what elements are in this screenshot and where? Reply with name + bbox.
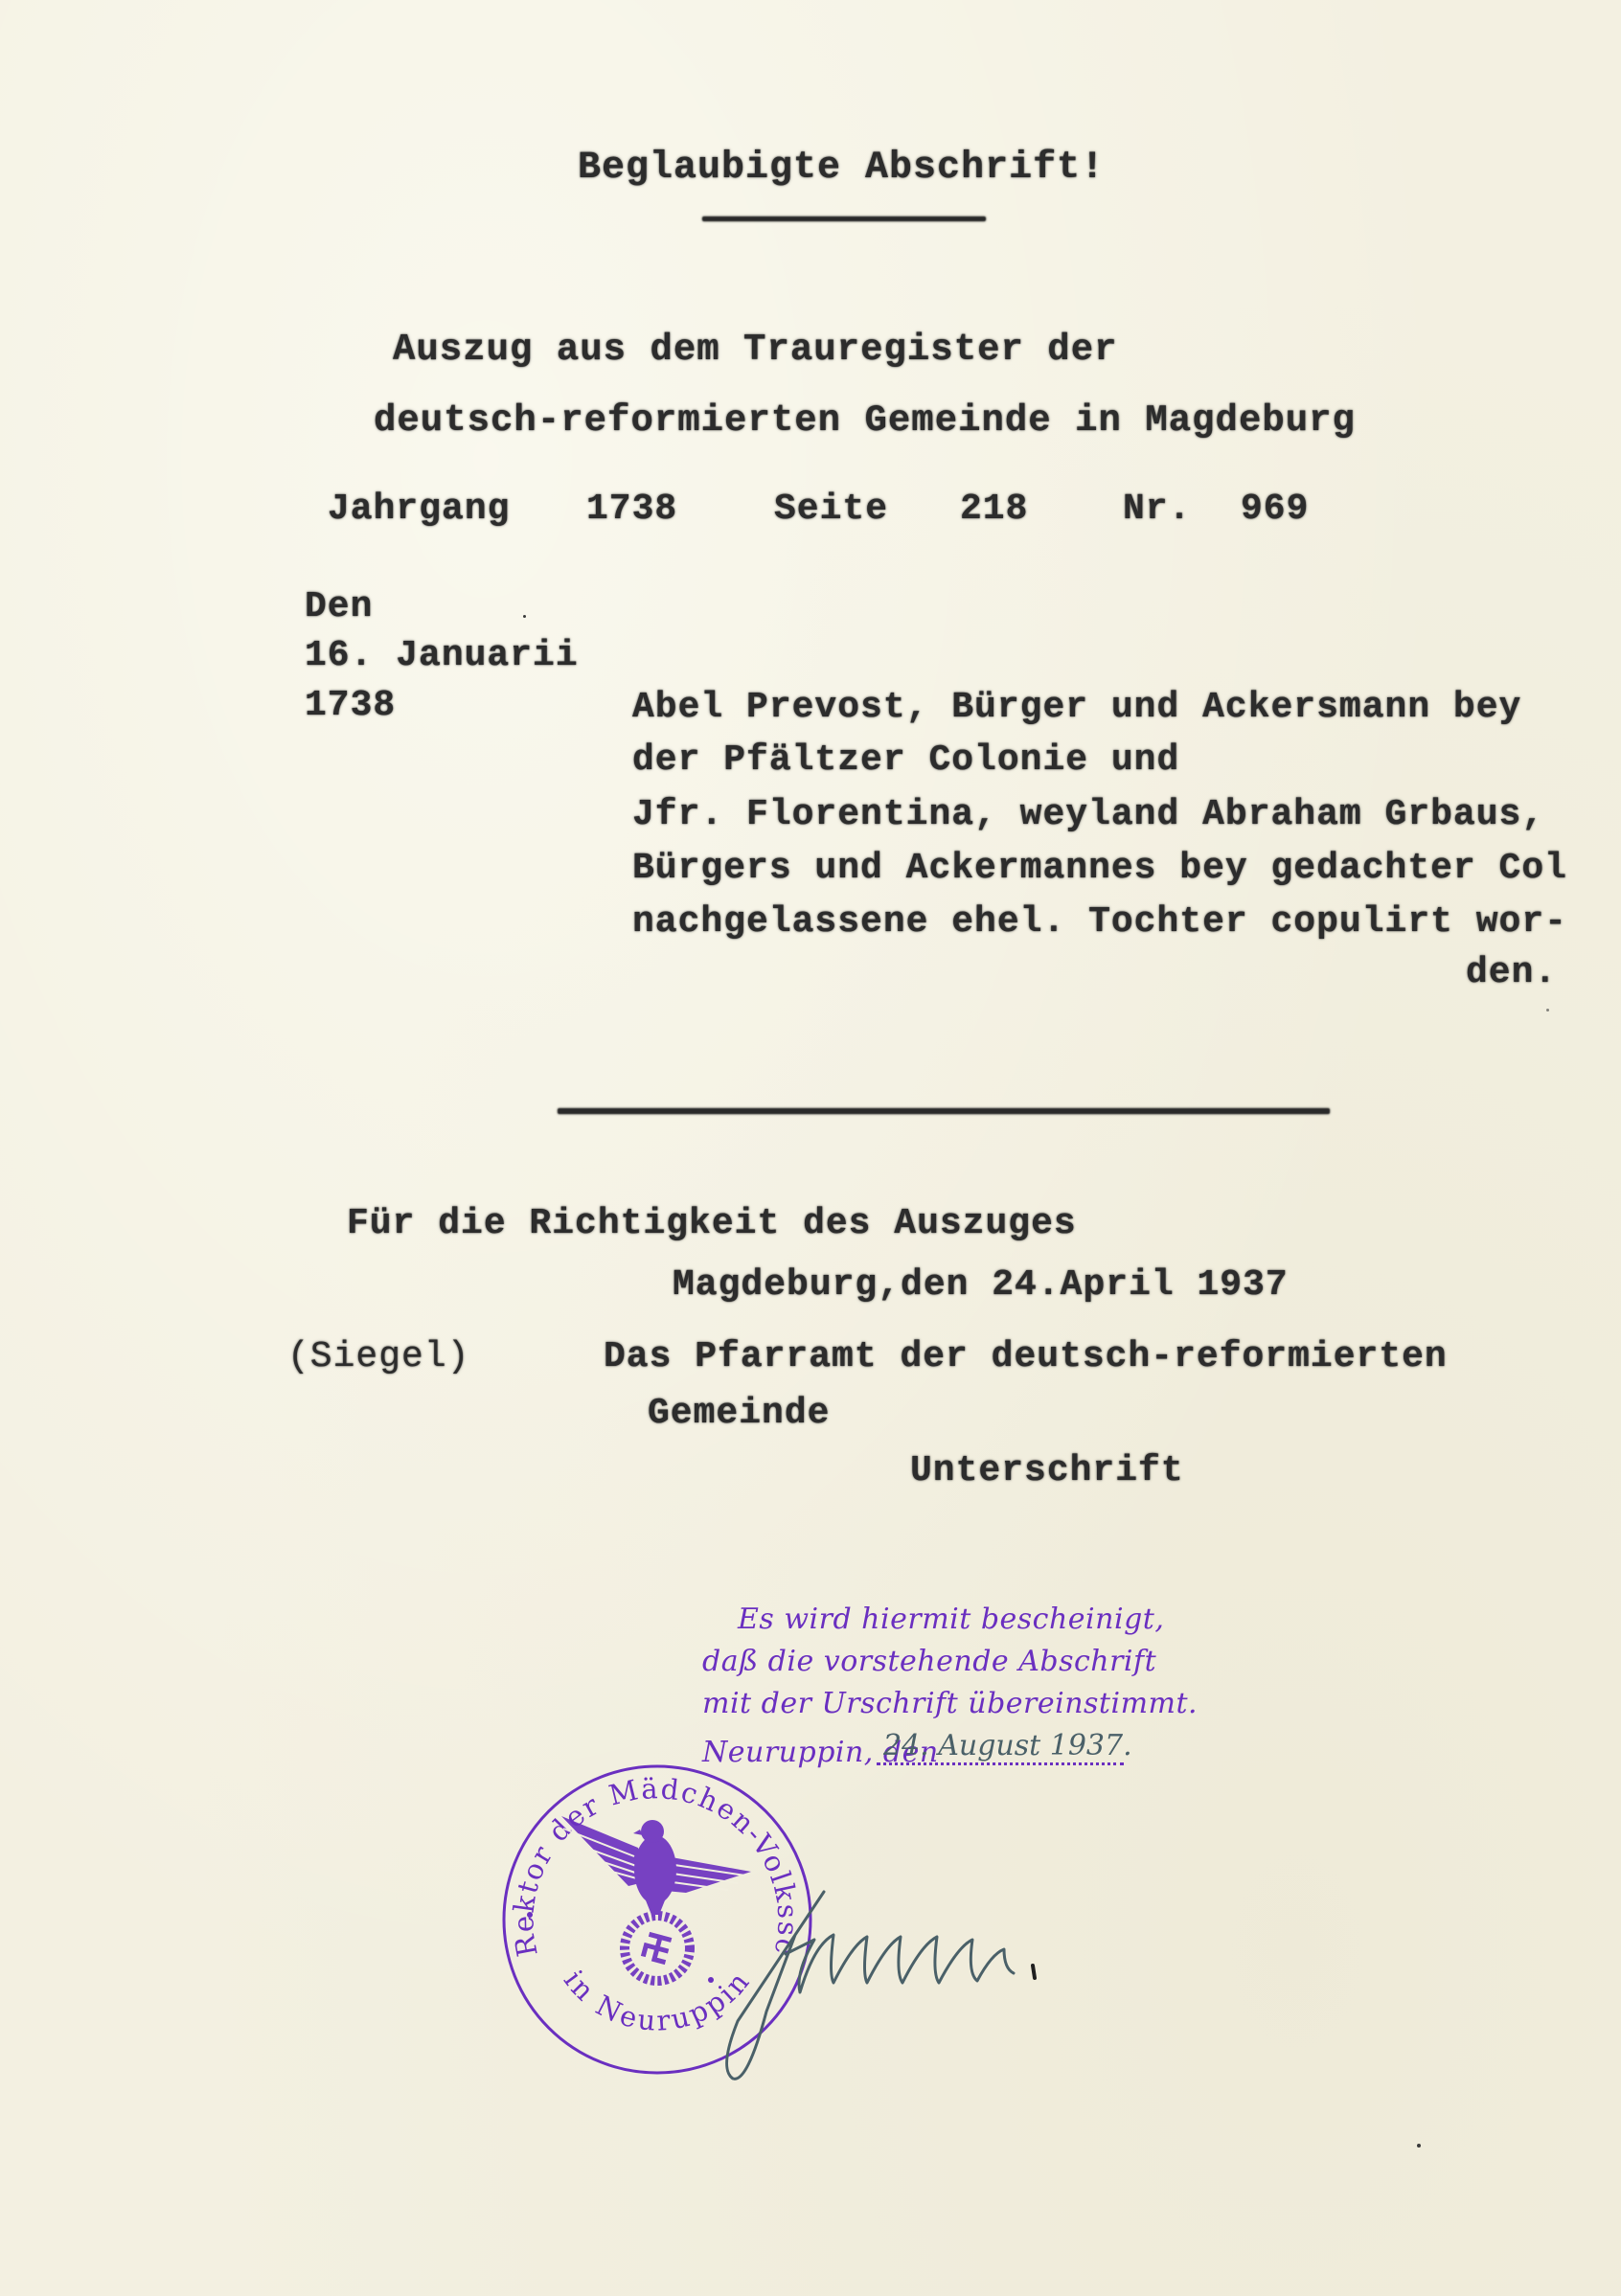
page-label: Seite <box>774 491 888 528</box>
heading-underline <box>702 216 986 221</box>
office-line1: Das Pfarramt der deutsch-reformierten <box>604 1339 1448 1375</box>
entry-line: Jfr. Florentina, weyland Abraham Grbaus, <box>632 797 1544 833</box>
seal-note: (Siegel) <box>287 1339 469 1375</box>
entry-date-line3: 1738 <box>305 688 396 724</box>
paper-speck <box>523 615 526 618</box>
entry-line: nachgelassene ehel. Tochter copulirt wor… <box>632 904 1567 941</box>
stamp-line: Es wird hiermit bescheinigt, <box>738 1605 1164 1634</box>
signature-period <box>1033 1966 1035 1978</box>
date-dotted-line <box>877 1762 1124 1765</box>
stamp-line: daß die vorstehende Abschrift <box>702 1648 1156 1676</box>
entry-line: der Pfältzer Colonie und <box>632 742 1179 779</box>
year-label: Jahrgang <box>328 491 510 528</box>
entry-date-line1: Den <box>305 589 373 625</box>
entry-date-line2: 16. Januarii <box>305 638 579 674</box>
signature-note: Unterschrift <box>910 1453 1184 1489</box>
register-title-line2: deutsch-reformierten Gemeinde in Magdebu… <box>374 402 1356 440</box>
register-title-line1: Auszug aus dem Trauregister der <box>393 331 1118 369</box>
entry-line: Bürgers und Ackermannes bey gedachter Co… <box>632 851 1567 887</box>
handwritten-date: 24. August 1937. <box>883 1732 1132 1761</box>
year-value: 1738 <box>586 491 677 528</box>
certification-line: Für die Richtigkeit des Auszuges <box>347 1206 1077 1242</box>
number-label: Nr. <box>1123 491 1191 528</box>
stamp-line: mit der Urschrift übereinstimmt. <box>702 1690 1198 1718</box>
number-value: 969 <box>1241 491 1309 528</box>
office-line2: Gemeinde <box>648 1396 830 1432</box>
signature-stroke-body <box>786 1935 1014 1992</box>
entry-line: den. <box>1466 955 1557 991</box>
certification-place-date: Magdeburg,den 24.April 1937 <box>673 1267 1289 1304</box>
paper-speck <box>1546 1009 1549 1012</box>
entry-line: Abel Prevost, Bürger und Ackersmann bey <box>632 690 1521 726</box>
signature-stroke-initial <box>727 1892 824 2079</box>
document-heading: Beglaubigte Abschrift! <box>578 149 1105 188</box>
paper-speck <box>1417 2144 1421 2148</box>
section-separator <box>558 1108 1330 1114</box>
signature <box>699 1839 1102 2088</box>
page-value: 218 <box>960 491 1028 528</box>
